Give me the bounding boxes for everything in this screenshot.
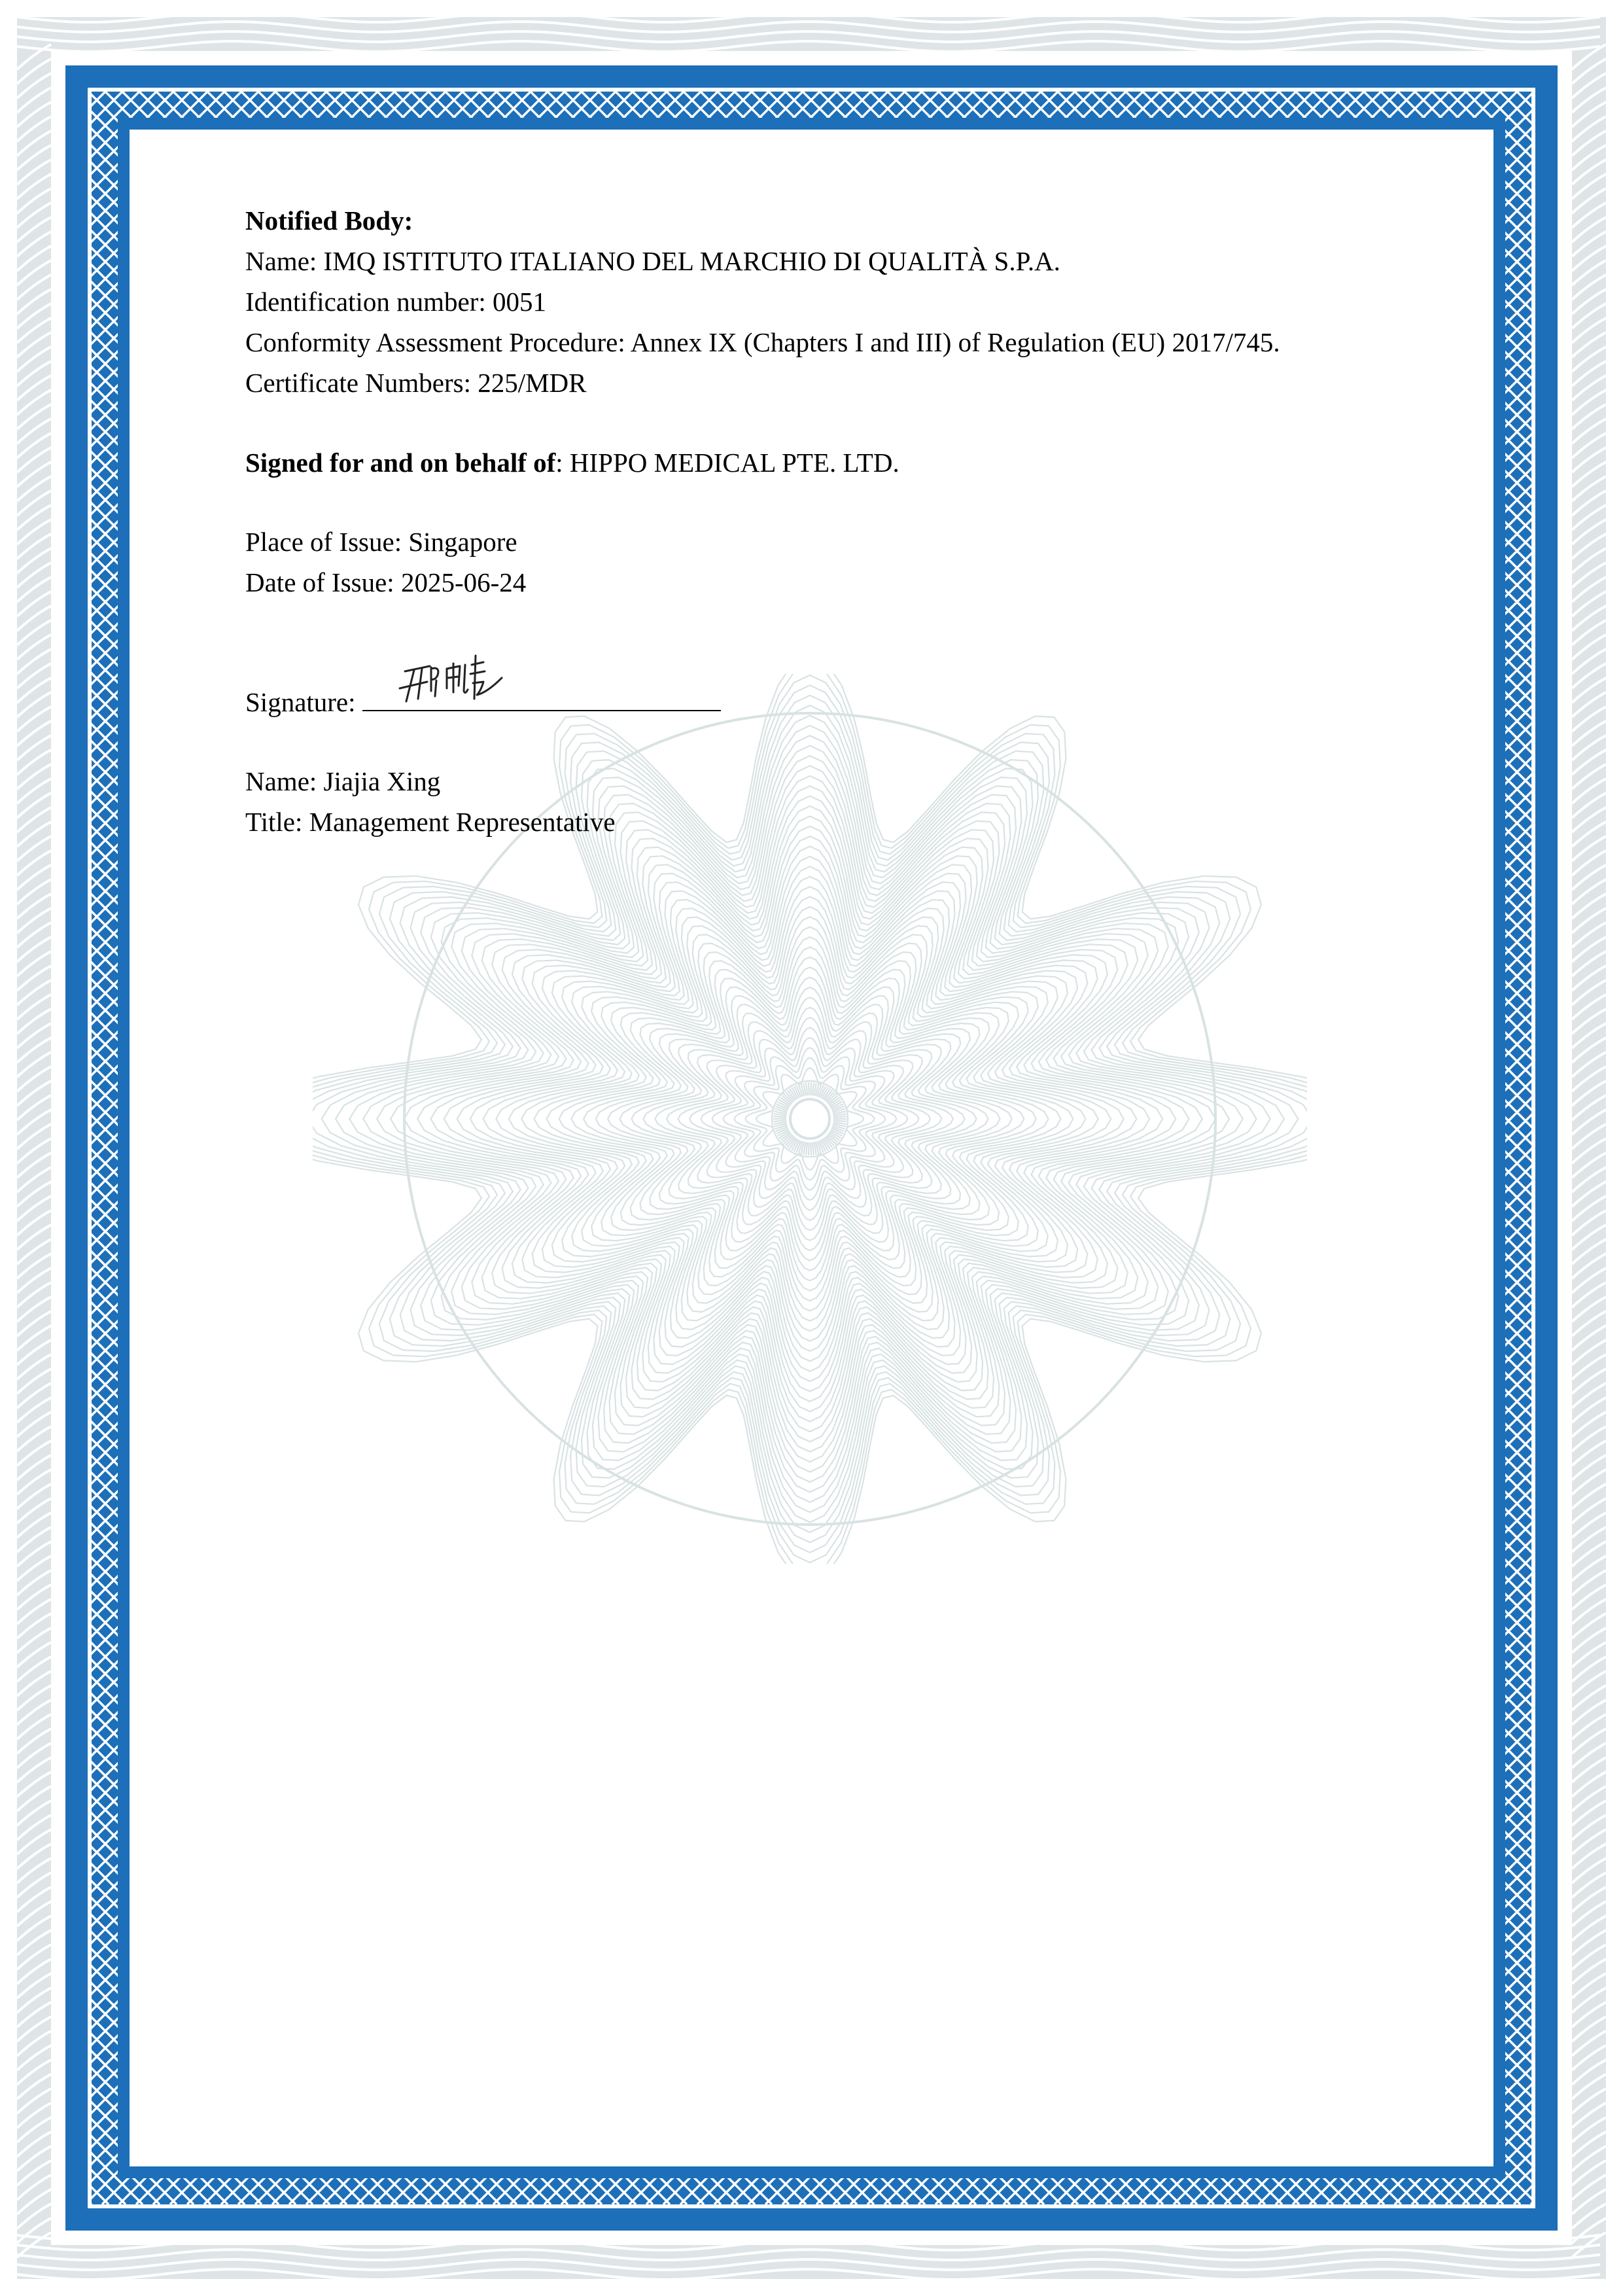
identification-number: Identification number: 0051 (245, 281, 1423, 322)
signature-row: Signature: (245, 682, 1423, 722)
signatory-title: Title: Management Representative (245, 802, 1423, 842)
notified-body-name: Name: IMQ ISTITUTO ITALIANO DEL MARCHIO … (245, 241, 1423, 281)
signed-on-behalf-label: Signed for and on behalf of (245, 448, 555, 478)
date-of-issue: Date of Issue: 2025-06-24 (245, 562, 1423, 603)
certificate-page: Notified Body: Name: IMQ ISTITUTO ITALIA… (0, 0, 1623, 2296)
signatory-name: Name: Jiajia Xing (245, 761, 1423, 802)
handwritten-signature-icon (396, 652, 507, 705)
place-of-issue: Place of Issue: Singapore (245, 521, 1423, 562)
conformity-assessment-procedure: Conformity Assessment Procedure: Annex I… (245, 322, 1423, 362)
notified-body-heading: Notified Body: (245, 200, 1423, 241)
certificate-body: Notified Body: Name: IMQ ISTITUTO ITALIA… (245, 200, 1423, 842)
signed-on-behalf-company: : HIPPO MEDICAL PTE. LTD. (555, 448, 899, 478)
signature-label: Signature: (245, 687, 356, 717)
signed-on-behalf: Signed for and on behalf of: HIPPO MEDIC… (245, 442, 1423, 483)
certificate-numbers: Certificate Numbers: 225/MDR (245, 362, 1423, 403)
